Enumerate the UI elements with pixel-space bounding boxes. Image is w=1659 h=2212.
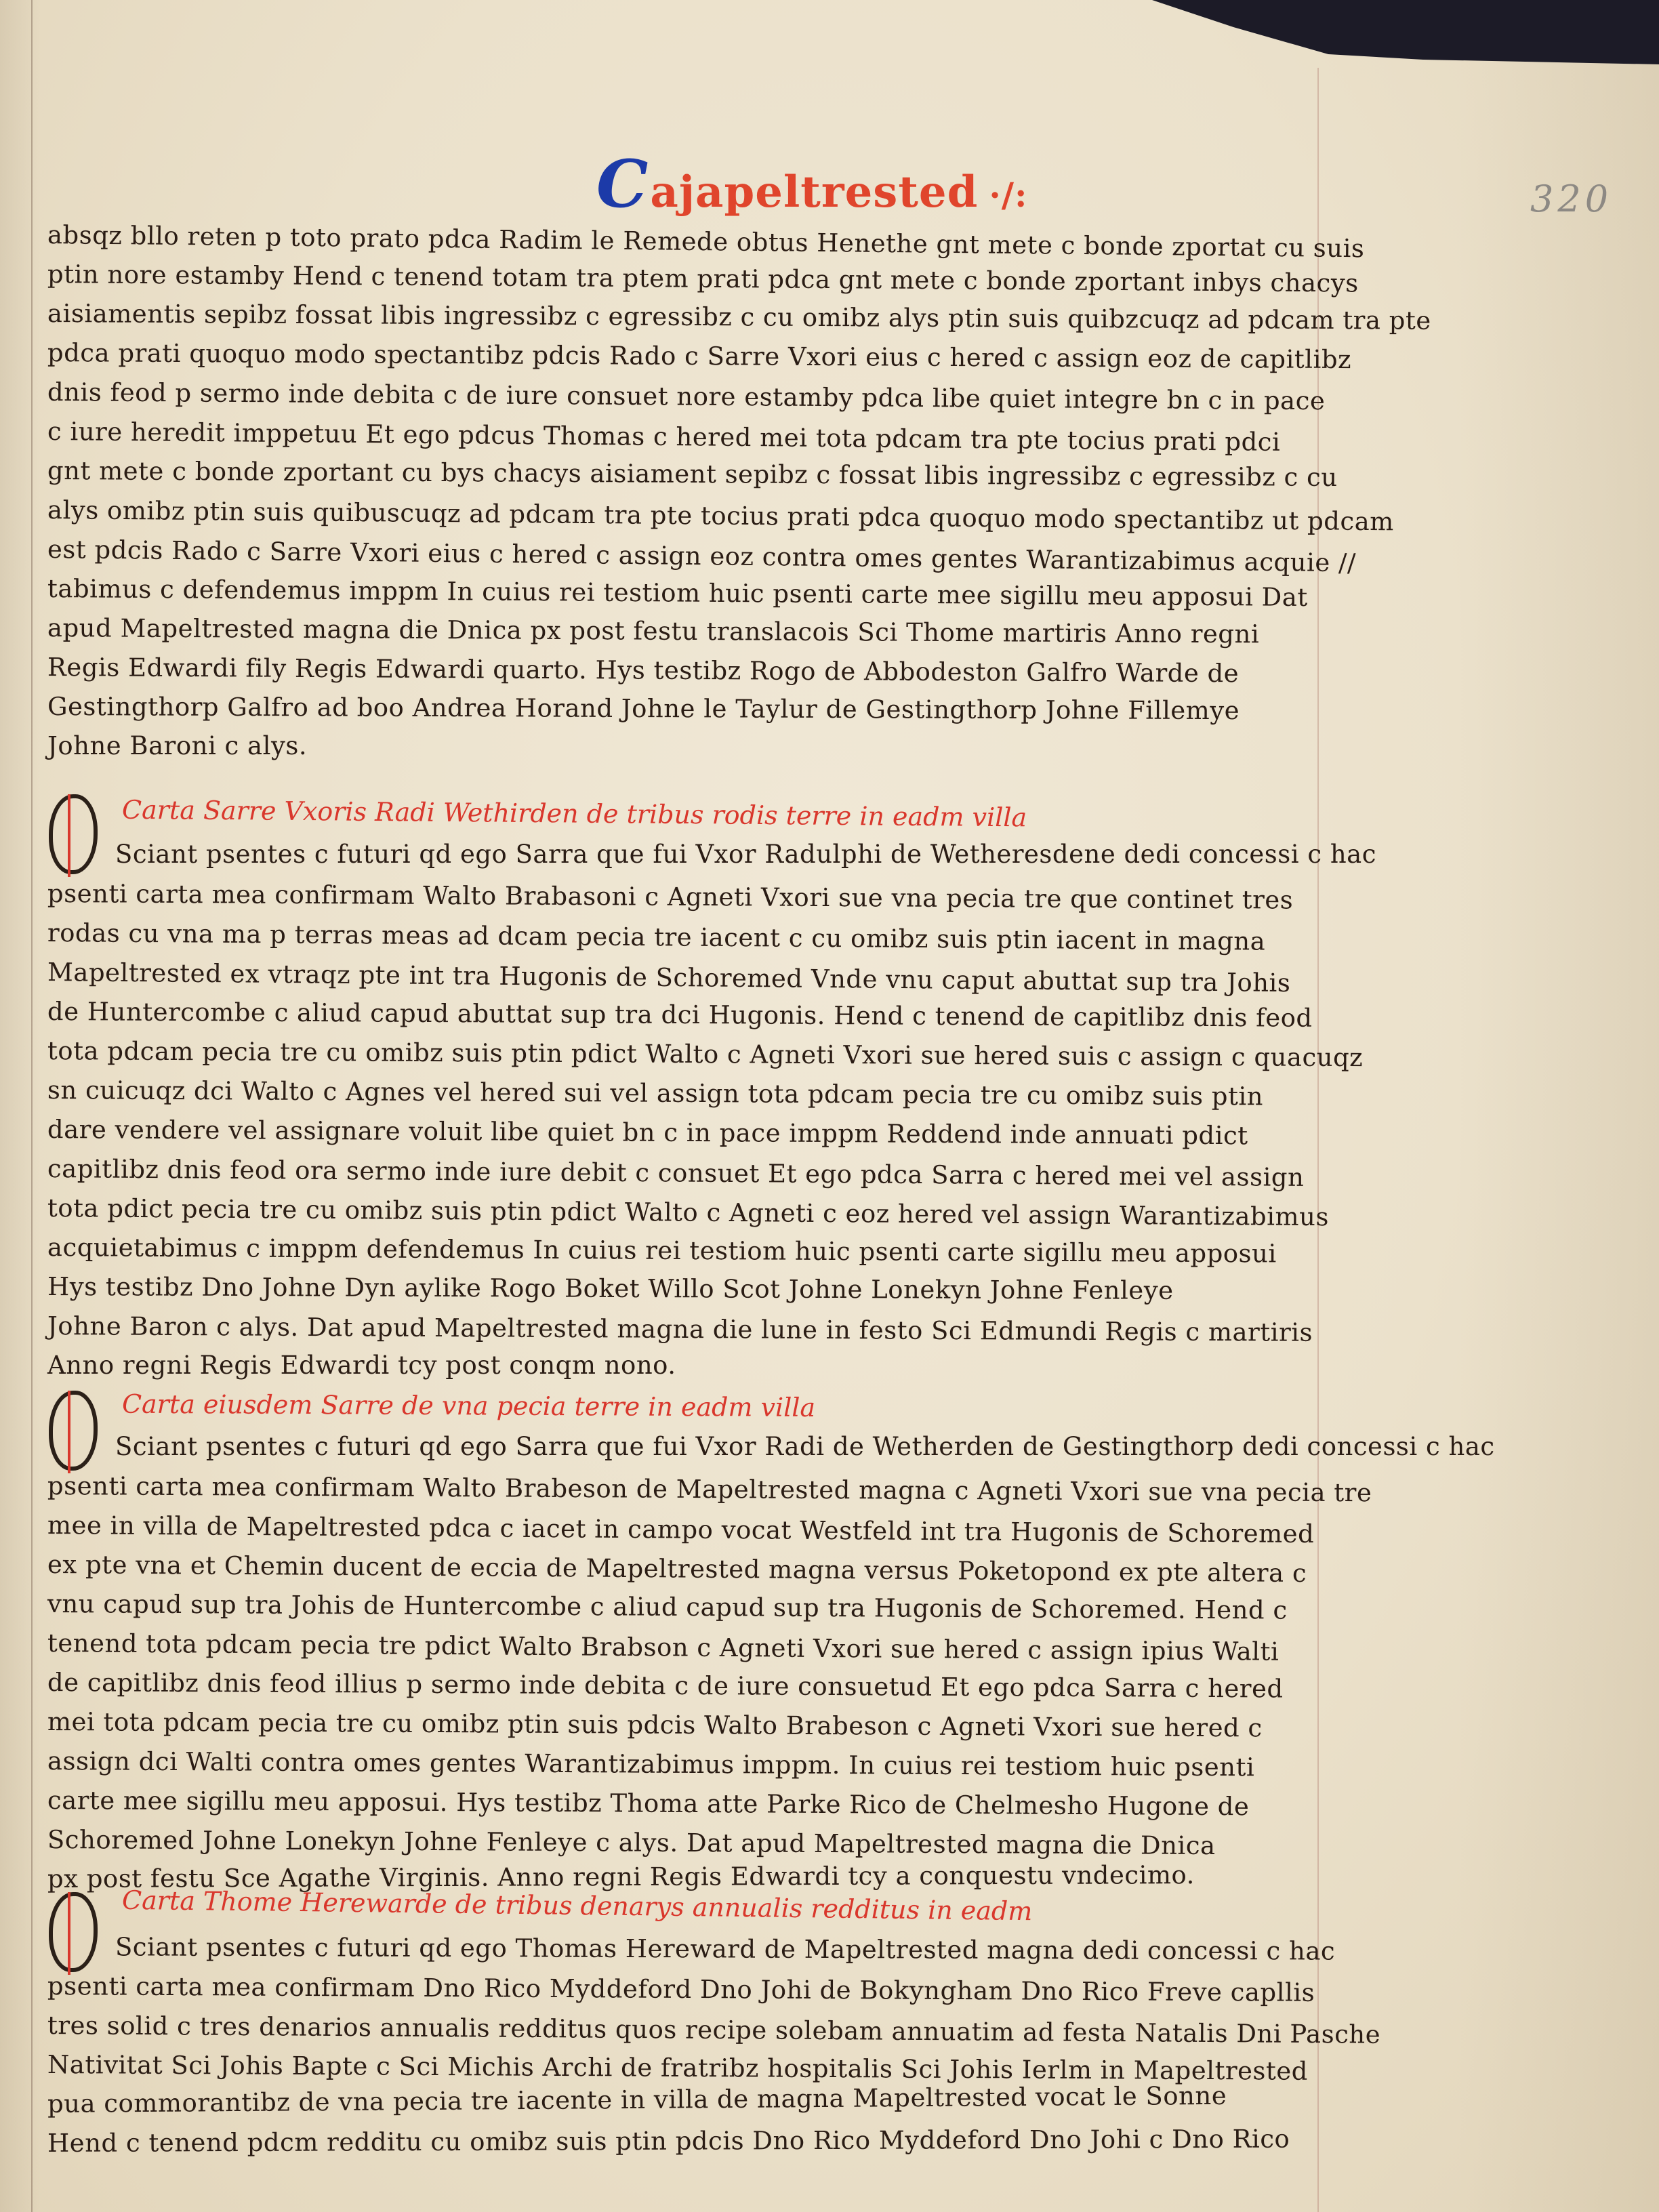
place-heading: Cajapeltrested·/: [596,146,1027,222]
left-ruling-line [31,0,33,2212]
charter-1: Carta Sarre Vxoris Radi Wethirden de tri… [47,794,1328,1385]
text-line: Johne Baron c alys. Dat apud Mapeltreste… [47,1307,1328,1353]
text-line: Regis Edwardi fily Regis Edwardi quarto.… [47,648,1328,694]
charter-rubric: Carta eiusdem Sarre de vna pecia terre i… [47,1383,1328,1431]
text-line: psenti carta mea confirmam Dno Rico Mydd… [47,1967,1328,2013]
text-line: de capitlibz dnis feod illius p sermo in… [47,1663,1328,1709]
text-line: Sciant psentes c futuri qd ego Sarra que… [47,835,1328,874]
blue-initial-letter: C [596,146,649,222]
text-line: Johne Baroni c alys. [47,726,1328,766]
text-line: dare vendere vel assignare voluit libe q… [47,1110,1328,1156]
text-line: psenti carta mea confirmam Walto Brabaso… [47,874,1328,920]
paraph-mark-icon: ·/: [989,175,1027,215]
charter-3: Carta Thome Herewarde de tribus denarys … [47,1887,1328,2163]
text-line: pdca prati quoquo modo spectantibz pdcis… [47,333,1328,380]
text-line: Gestingthorp Galfro ad boo Andrea Horand… [47,687,1328,731]
text-line: tota pdcam pecia tre cu omibz suis ptin … [47,1031,1328,1078]
text-line: acquietabimus c imppm defendemus In cuiu… [47,1228,1328,1274]
charter-rubric: Carta Thome Herewarde de tribus denarys … [47,1879,1329,1935]
text-line: vnu capud sup tra Johis de Huntercombe c… [47,1584,1328,1631]
manuscript-page: 320 Cajapeltrested·/: absqz bllo reten p… [0,0,1659,2212]
text-line: mei tota pdcam pecia tre cu omibz ptin s… [47,1702,1328,1748]
text-line: psenti carta mea confirmam Walto Brabeso… [47,1467,1328,1513]
text-line: gnt mete c bonde zportant cu bys chacys … [47,451,1328,497]
charter-rubric: Carta Sarre Vxoris Radi Wethirden de tri… [47,789,1328,840]
text-line: carte mee sigillu meu apposui. Hys testi… [47,1781,1328,1827]
text-line: de Huntercombe c aliud capud abuttat sup… [47,992,1328,1038]
text-line: aisiamentis sepibz fossat libis ingressi… [47,294,1328,340]
text-line: Hend c tenend pdcm redditu cu omibz suis… [47,2119,1328,2163]
text-line: sn cuicuqz dci Walto c Agnes vel hered s… [47,1071,1328,1117]
text-line: Anno regni Regis Edwardi tcy post conqm … [47,1346,1328,1385]
folio-number: 320 [1530,178,1612,220]
heading-text: ajapeltrested [650,167,978,218]
charter-2: Carta eiusdem Sarre de vna pecia terre i… [47,1387,1328,1899]
text-line: assign dci Walti contra omes gentes Wara… [47,1742,1328,1788]
text-line: apud Mapeltrested magna die Dnica px pos… [47,609,1328,655]
continuation-text-block: absqz bllo reten p toto prato pdca Radim… [47,216,1328,766]
text-line: Sciant psentes c futuri qd ego Sarra que… [47,1427,1328,1467]
text-line: Sciant psentes c futuri qd ego Thomas He… [47,1927,1328,1971]
text-line: pua commorantibz de vna pecia tre iacent… [47,2076,1328,2124]
text-line: Hys testibz Dno Johne Dyn aylike Rogo Bo… [47,1267,1328,1311]
